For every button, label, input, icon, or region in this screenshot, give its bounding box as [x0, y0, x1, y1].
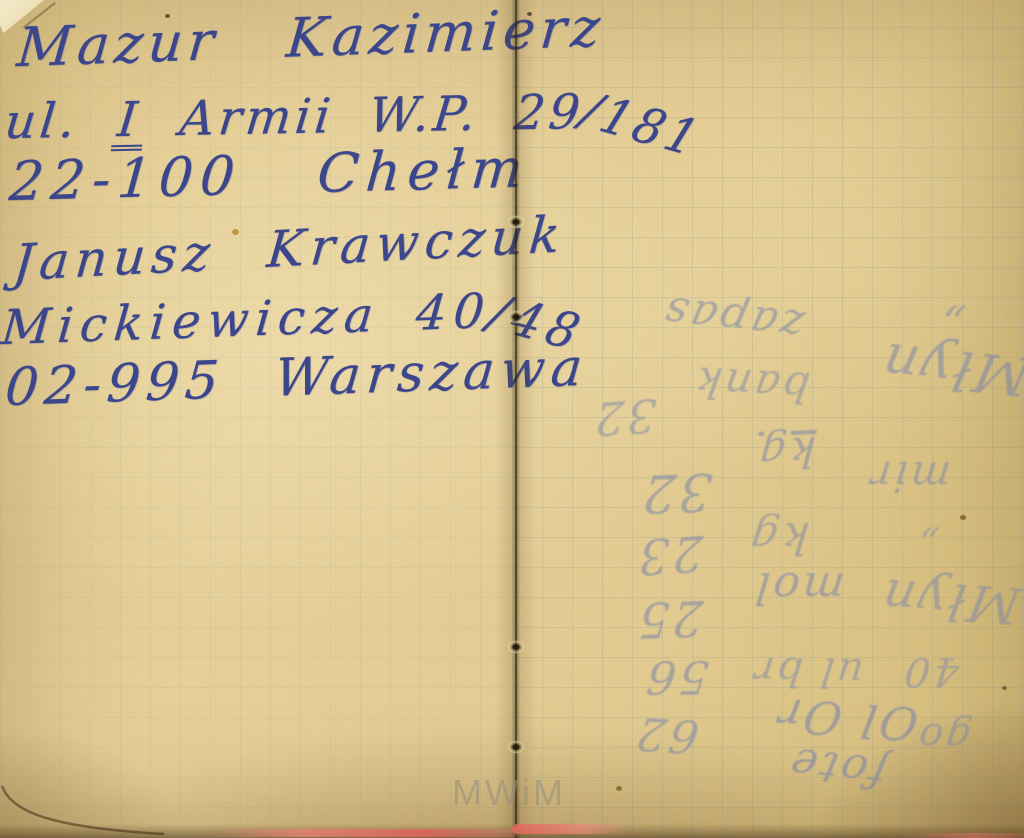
scribble: Młyn: [874, 331, 1024, 409]
scribble: mir: [865, 452, 952, 501]
pink-edge-right-page: [512, 824, 630, 834]
scribble: mol: [750, 562, 847, 613]
speck: [165, 14, 170, 18]
scribble: 56: [641, 650, 711, 704]
stitch-hole: [507, 640, 525, 654]
entry2-name: Janusz Krawczuk: [11, 205, 568, 292]
scribble: „: [913, 522, 942, 568]
scribble: kg: [745, 512, 811, 563]
speck: [960, 515, 966, 520]
speck: [232, 229, 239, 235]
scribble: 23: [635, 524, 704, 585]
scribble: 62: [630, 706, 703, 763]
pink-edge-corner: [900, 833, 1024, 838]
scribble: bank: [689, 357, 813, 412]
pink-edge-left-page: [208, 829, 518, 837]
scribble: 25: [634, 589, 705, 648]
scribble: Młyn: [875, 567, 1024, 634]
scribble: fote: [783, 737, 892, 797]
scribble: 32: [591, 388, 657, 447]
scribble: zapas: [657, 286, 808, 351]
museum-watermark: MWiM: [452, 772, 566, 814]
notebook-spread-photo: Mazur Kazimierz ul. I Armii W.P. 29/181 …: [0, 0, 1024, 838]
scribble: go: [914, 714, 975, 760]
speck: [527, 12, 532, 16]
roman-numeral-double-underline: I: [111, 96, 148, 152]
scribble: 40: [900, 648, 962, 694]
scribble: 32: [638, 461, 714, 524]
stitch-hole: [507, 740, 525, 754]
speck: [1002, 686, 1007, 690]
corner-curl-crease: [0, 780, 170, 838]
entry1-name: Mazur Kazimierz: [14, 0, 607, 79]
flat-number: /181: [574, 82, 710, 168]
entry1-city: 22-100 Chełm: [7, 136, 532, 213]
scribble: ul br: [749, 647, 866, 695]
scribble: kg: [755, 427, 817, 478]
speck: [616, 786, 622, 791]
